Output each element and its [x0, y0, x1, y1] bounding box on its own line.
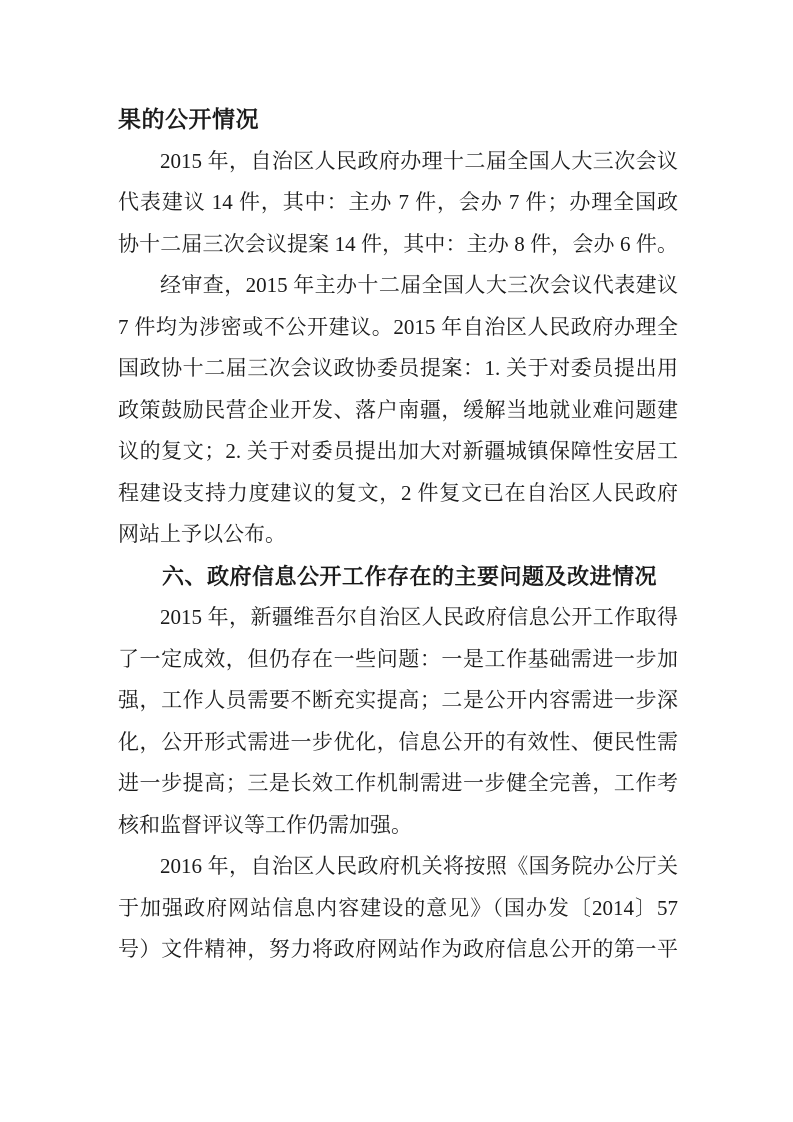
body-line: 议的复文；2. 关于对委员提出加大对新疆城镇保障性安居工 [118, 431, 678, 473]
body-line: 核和监督评议等工作仍需加强。 [118, 805, 678, 847]
document-text-block: 果的公开情况 2015 年，自治区人民政府办理十二届全国人大三次会议 代表建议 … [118, 99, 678, 971]
body-line: 进一步提高；三是长效工作机制需进一步健全完善，工作考 [118, 763, 678, 805]
body-line: 网站上予以公布。 [118, 514, 678, 556]
body-line: 经审查，2015 年主办十二届全国人大三次会议代表建议 [118, 265, 678, 307]
section-heading-six: 六、政府信息公开工作存在的主要问题及改进情况 [118, 556, 678, 598]
body-line: 化，公开形式需进一步优化，信息公开的有效性、便民性需 [118, 722, 678, 764]
body-line: 7 件均为涉密或不公开建议。2015 年自治区人民政府办理全 [118, 307, 678, 349]
body-line: 2015 年，新疆维吾尔自治区人民政府信息公开工作取得 [118, 597, 678, 639]
body-line: 代表建议 14 件，其中：主办 7 件，会办 7 件；办理全国政 [118, 182, 678, 224]
body-line: 2015 年，自治区人民政府办理十二届全国人大三次会议 [118, 141, 678, 183]
document-page: 果的公开情况 2015 年，自治区人民政府办理十二届全国人大三次会议 代表建议 … [0, 0, 793, 1122]
body-line: 政策鼓励民营企业开发、落户南疆，缓解当地就业难问题建 [118, 390, 678, 432]
body-line: 协十二届三次会议提案 14 件，其中：主办 8 件，会办 6 件。 [118, 224, 678, 266]
body-line: 国政协十二届三次会议政协委员提案：1. 关于对委员提出用 [118, 348, 678, 390]
body-line: 2016 年，自治区人民政府机关将按照《国务院办公厅关 [118, 846, 678, 888]
body-line: 了一定成效，但仍存在一些问题：一是工作基础需进一步加 [118, 639, 678, 681]
body-line: 程建设支持力度建议的复文，2 件复文已在自治区人民政府 [118, 473, 678, 515]
body-line: 强，工作人员需要不断充实提高；二是公开内容需进一步深 [118, 680, 678, 722]
section-heading-continuation: 果的公开情况 [118, 99, 678, 141]
body-line: 于加强政府网站信息内容建设的意见》（国办发〔2014〕57 [118, 888, 678, 930]
body-line: 号）文件精神，努力将政府网站作为政府信息公开的第一平 [118, 929, 678, 971]
